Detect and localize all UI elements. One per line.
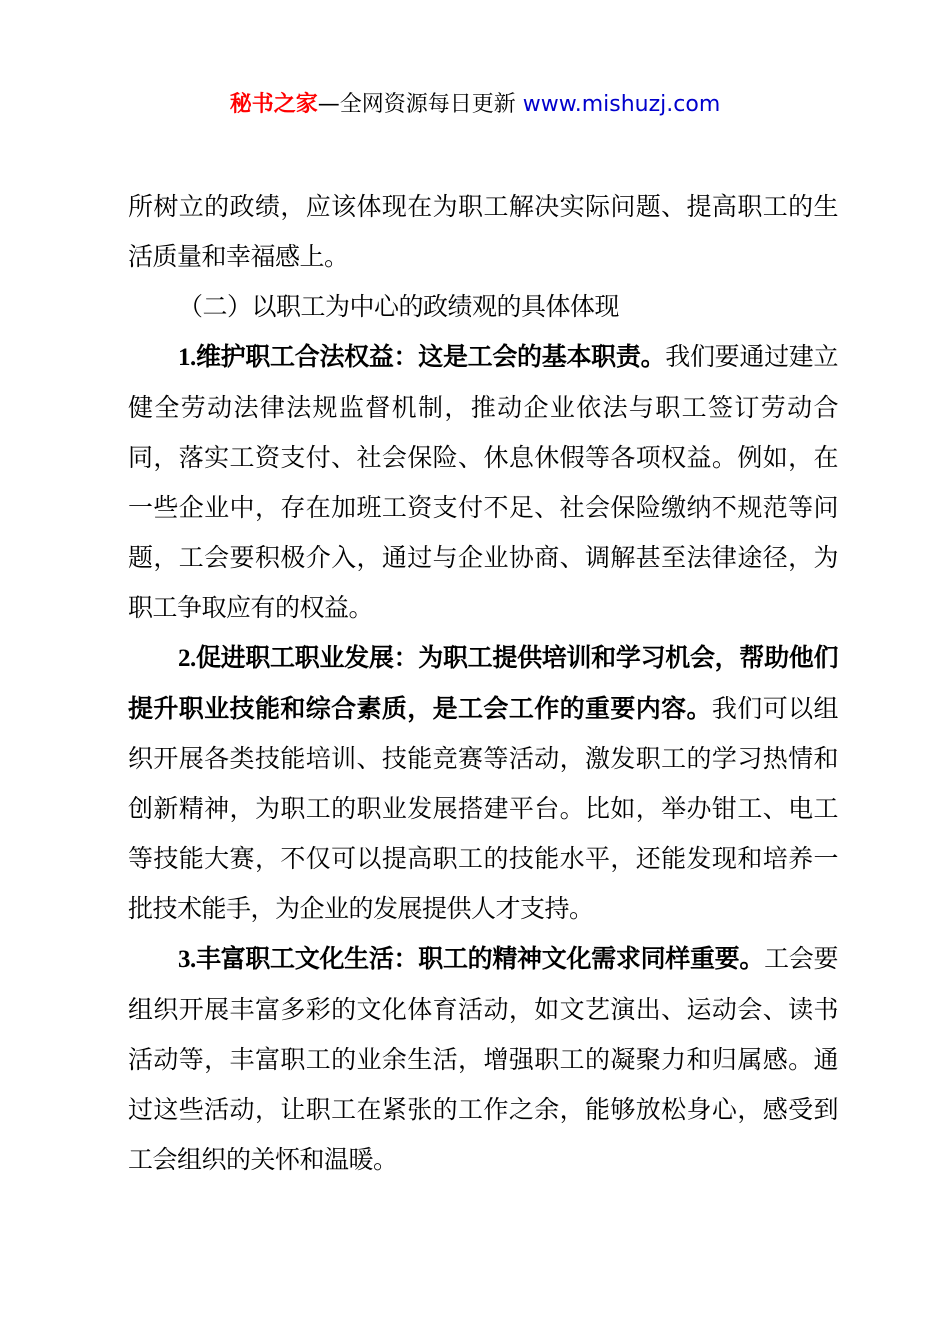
item-number: 1. [178, 344, 196, 371]
list-item-3: 3.丰富职工文化生活：职工的精神文化需求同样重要。工会要组织开展丰富多彩的文化体… [128, 934, 838, 1185]
list-item-1: 1.维护职工合法权益：这是工会的基本职责。我们要通过建立健全劳动法律法规监督机制… [128, 332, 838, 633]
item-lead: 维护职工合法权益：这是工会的基本职责。 [196, 342, 666, 371]
item-number: 2. [178, 645, 196, 672]
item-lead: 丰富职工文化生活：职工的精神文化需求同样重要。 [196, 944, 764, 973]
section-heading: （二）以职工为中心的政绩观的具体体现 [128, 282, 838, 332]
list-item-2: 2.促进职工职业发展：为职工提供培训和学习机会，帮助他们提升职业技能和综合素质，… [128, 633, 838, 934]
item-text: 工会要组织开展丰富多彩的文化体育活动，如文艺演出、运动会、读书活动等，丰富职工的… [128, 944, 838, 1174]
site-url-link[interactable]: www.mishuzj.com [523, 92, 720, 117]
header-tagline: —全网资源每日更新 [318, 92, 516, 117]
document-body: 所树立的政绩，应该体现在为职工解决实际问题、提高职工的生活质量和幸福感上。 （二… [128, 182, 838, 1185]
item-text: 我们可以组织开展各类技能培训、技能竞赛等活动，激发职工的学习热情和创新精神，为职… [128, 694, 838, 923]
paragraph-intro: 所树立的政绩，应该体现在为职工解决实际问题、提高职工的生活质量和幸福感上。 [128, 182, 838, 282]
item-number: 3. [178, 946, 196, 973]
brand-name: 秘书之家 [230, 92, 318, 117]
item-text: 我们要通过建立健全劳动法律法规监督机制，推动企业依法与职工签订劳动合同，落实工资… [128, 342, 838, 622]
site-header: 秘书之家—全网资源每日更新 www.mishuzj.com [0, 88, 950, 122]
